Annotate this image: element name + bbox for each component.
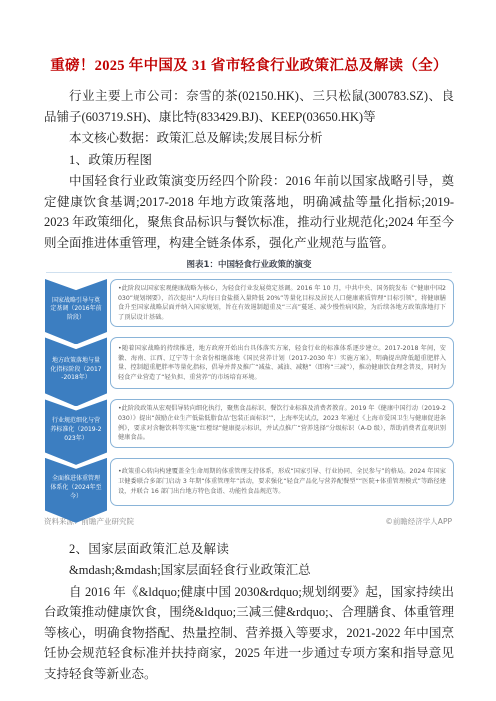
section2: 2、国家层面政策汇总及解读 &mdash;&mdash;国家层面轻食行业政策汇总… bbox=[44, 539, 454, 685]
stage-box-3: •此阶段政策从宏观倡导转向细化执行，聚焦食品标识、餐饮行业标准及消费者教育。20… bbox=[110, 399, 454, 447]
chevron-down-shape-3: 行业规范细化与营养标准化（2019-2023年） bbox=[45, 399, 107, 464]
stage-label-2: 地方政策落地与量化指标阶段（2017-2018年） bbox=[45, 355, 107, 389]
core-data-paragraph: 本文核心数据：政策汇总及解读;发展目标分析 bbox=[44, 128, 454, 149]
section2-paragraph: 自 2016 年《&ldquo;健康中国 2030&rdquo;规划纲要》起，国… bbox=[44, 582, 454, 685]
stage-arrow-3: 行业规范细化与营养标准化（2019-2023年） bbox=[44, 399, 110, 447]
stage-arrow-1: 国家战略引导与奠定基调（2016年前阶段） bbox=[44, 279, 110, 327]
page-title: 重磅！2025 年中国及 31 省市轻食行业政策汇总及解读（全） bbox=[44, 54, 454, 75]
stage-description-4: •政策重心转向构建覆盖全生命周期的体重管理支持体系，形成“国家引导、行业协同、全… bbox=[118, 467, 446, 496]
chevron-down-shape-2: 地方政策落地与量化指标阶段（2017-2018年） bbox=[45, 337, 107, 406]
section2-subheading: &mdash;&mdash;国家层面轻食行业政策汇总 bbox=[44, 560, 454, 581]
stage-row-2: 地方政策落地与量化指标阶段（2017-2018年） •随着国家战略的持续推进，地… bbox=[44, 337, 454, 389]
figure-source-right: ©前瞻经济学人APP bbox=[385, 516, 452, 527]
policy-evolution-figure: 图表1：中国轻食行业政策的演变 国家战略引导与奠定基调（2016年前阶段） •此… bbox=[44, 258, 454, 527]
listed-companies-paragraph: 行业主要上市公司：奈雪的茶(02150.HK)、三只松鼠(300783.SZ)、… bbox=[44, 86, 454, 127]
stage-row-1: 国家战略引导与奠定基调（2016年前阶段） •此阶段以国家宏观健康战略为核心，为… bbox=[44, 279, 454, 327]
section2-heading: 2、国家层面政策汇总及解读 bbox=[44, 539, 454, 560]
stage-description-1: •此阶段以国家宏观健康战略为核心，为轻食行业发展奠定基调。2016 年 10 月… bbox=[118, 284, 446, 322]
stage-description-2: •随着国家战略的持续推进，地方政府开始出台具体落实方案，轻食行业的标准体系逐步建… bbox=[118, 344, 446, 382]
chevron-down-shape-4: 全面推进体重管理体系化（2024年至今） bbox=[45, 458, 107, 523]
stage-arrow-4: 全面推进体重管理体系化（2024年至今） bbox=[44, 458, 110, 506]
figure-divider bbox=[46, 272, 452, 273]
document-page: 重磅！2025 年中国及 31 省市轻食行业政策汇总及解读（全） 行业主要上市公… bbox=[44, 54, 454, 684]
stage-description-3: •此阶段政策从宏观倡导转向细化执行，聚焦食品标识、餐饮行业标准及消费者教育。20… bbox=[118, 404, 446, 442]
stage-label-3: 行业规范细化与营养标准化（2019-2023年） bbox=[45, 415, 107, 449]
chevron-down-shape-1: 国家战略引导与奠定基调（2016年前阶段） bbox=[45, 279, 107, 344]
stage-box-4: •政策重心转向构建覆盖全生命周期的体重管理支持体系，形成“国家引导、行业协同、全… bbox=[110, 458, 454, 506]
stage-box-2: •随着国家战略的持续推进，地方政府开始出台具体落实方案，轻食行业的标准体系逐步建… bbox=[110, 337, 454, 389]
stage-box-1: •此阶段以国家宏观健康战略为核心，为轻食行业发展奠定基调。2016 年 10 月… bbox=[110, 279, 454, 327]
stage-row-3: 行业规范细化与营养标准化（2019-2023年） •此阶段政策从宏观倡导转向细化… bbox=[44, 399, 454, 447]
stage-row-4: 全面推进体重管理体系化（2024年至今） •政策重心转向构建覆盖全生命周期的体重… bbox=[44, 458, 454, 506]
section1-paragraph: 中国轻食行业政策演变历经四个阶段：2016 年前以国家战略引导，奠定健康饮食基调… bbox=[44, 171, 454, 253]
figure-title: 图表1：中国轻食行业政策的演变 bbox=[44, 258, 454, 270]
stage-arrow-2: 地方政策落地与量化指标阶段（2017-2018年） bbox=[44, 337, 110, 389]
stage-label-4: 全面推进体重管理体系化（2024年至今） bbox=[45, 473, 107, 507]
stage-label-1: 国家战略引导与奠定基调（2016年前阶段） bbox=[45, 295, 107, 329]
figure-source-row: 资料来源：前瞻产业研究院 ©前瞻经济学人APP bbox=[44, 516, 452, 527]
section1-heading: 1、政策历程图 bbox=[44, 150, 454, 171]
